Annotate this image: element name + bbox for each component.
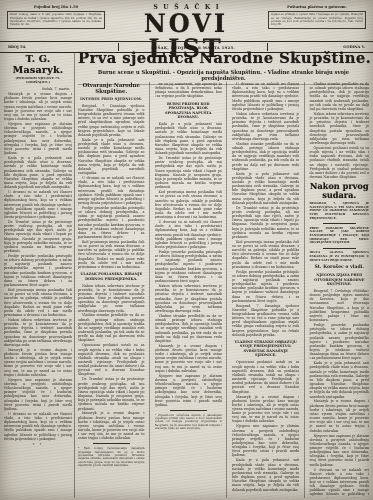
dateline: Sušak, 7. marta.	[6, 87, 70, 91]
newspaper-page: Pojedini broj Din 1.50 Izlazi svakog dan…	[0, 0, 373, 500]
paragraph: Kada je u pola jedanaest sati predsjedni…	[155, 122, 222, 155]
paragraph: U dvorani su se nalazili svi članovi vla…	[232, 82, 299, 111]
article-body: Sušak, 7. marta.Masaryk je u svome dugom…	[4, 87, 72, 447]
paragraph: Njegovo ime zapisano je zlatnim slovima …	[309, 434, 369, 467]
column-3: ne su joj nametnuti, nije opozicija ta d…	[155, 82, 222, 498]
paragraph: U dvorani su se nalazili svi članovi vla…	[155, 220, 222, 249]
paragraph: U dvorani su se nalazili svi članovi vla…	[4, 412, 72, 441]
paragraph: Vladine stranke predložile su da se odma…	[232, 142, 299, 171]
paragraph: Opozicioni poslanici ustali su sa svojih…	[309, 146, 369, 179]
paragraph: Dr. Trumbić ustao je da protestuje proti…	[232, 206, 299, 239]
kicker-headline: INTERES PRED SJEDNICOM.	[78, 97, 145, 101]
paragraph: Poslije prozivke poslanika pristupilo se…	[4, 254, 72, 287]
paragraph: U dvorani su se nalazili svi članovi vla…	[309, 468, 369, 498]
column-2: Otvaranje Narodne Skupštine.INTERES PRED…	[78, 82, 145, 498]
postage-note: Poštarina plaćena u gotovom.	[268, 5, 366, 10]
issue-number: BROJ 54.	[0, 45, 118, 49]
divider	[323, 223, 356, 224]
paragraph: Kod prozivanja imena poslanika čuli su s…	[232, 240, 299, 269]
interview-headline: St. Korošec o vladi.	[309, 265, 369, 270]
subscription-info: Izlazi svakog dana u 6 sati popodne osim…	[7, 11, 105, 30]
paragraph: U dvorani su se nalazili svi članovi vla…	[78, 176, 145, 205]
paragraph: Dr. Trumbić ustao je da protestuje proti…	[4, 220, 72, 253]
paragraph: Masaryk je u svome dugom i plodnom život…	[232, 395, 299, 424]
sub-headline: VLADINE STRANKE OBRAZUJU SVOJE PREDSJEDN…	[233, 340, 298, 358]
telegram-line: Pred zgradom Skupštine nalaze se jaki od…	[309, 227, 369, 245]
telegram-line: Iduća glavna sjednica zakazana je za pon…	[309, 251, 369, 262]
divider	[93, 443, 130, 444]
paragraph: Kada je u pola jedanaest sati predsjedni…	[309, 361, 369, 398]
paragraph: Njegovo ime zapisano je zlatnim slovima …	[4, 122, 72, 155]
paragraph: U dvorani su se nalazili svi članovi vla…	[4, 190, 72, 219]
paragraph: Masaryk je u svome dugom i plodnom život…	[78, 411, 145, 440]
paragraph: ne su joj nametnuti, nije opozicija ta d…	[155, 82, 222, 99]
paragraph: Poslije prozivke poslanika pristupilo se…	[155, 250, 222, 283]
paragraph: Nakon izbora sekretara izvršena je prozi…	[155, 284, 222, 313]
divider	[323, 248, 356, 249]
paragraph: Kada je u pola jedanaest sati predsjedni…	[232, 458, 299, 491]
telegram-line: Beograd, 7. Sjednica je nastavljena u tr…	[309, 202, 369, 220]
paragraph: Nakon izbora sekretara izvršena je prozi…	[309, 112, 369, 145]
end-mark: * *	[4, 443, 72, 447]
column-divider	[149, 82, 150, 498]
paragraph: Kod prozivanja imena poslanika čuli su s…	[4, 288, 72, 317]
masthead-left-box: Pojedini broj Din 1.50 Izlazi svakog dan…	[7, 5, 105, 29]
paragraph: Masaryk je u svome dugom i plodnom život…	[155, 344, 222, 373]
paragraph: Masaryk je u svome dugom i plodnom život…	[309, 399, 369, 432]
paragraph: Opozicioni poslanici ustali su sa svojih…	[232, 360, 299, 393]
paragraph: Masaryk je u svome dugom i plodnom život…	[4, 348, 72, 377]
footnote: * Radi boljeg razumijevanja današnjih iz…	[78, 447, 145, 467]
column-divider	[74, 53, 75, 498]
paragraph: Njegovo ime zapisano je zlatnim slovima …	[155, 374, 222, 407]
main-headline: Prva sjednica Narodne Skupštine.	[78, 51, 369, 67]
paragraph: Vladine stranke predložile su da se odma…	[309, 82, 369, 111]
price-note: Pojedini broj Din 1.50	[7, 5, 105, 10]
paragraph: Kada je u pola jedanaest sati predsjedni…	[232, 172, 299, 205]
article-title: T. G. Masaryk.	[4, 54, 72, 76]
article-masaryk: T. G. Masaryk. (PRIGODOM NJEGOVE 75-GODI…	[4, 54, 72, 497]
paragraph: Poslije prozivke poslanika pristupilo se…	[232, 270, 299, 303]
column-headline: Otvaranje Narodne Skupštine.	[78, 83, 145, 95]
advertising-info: Oglasi se primaju u upravi lista i račun…	[268, 11, 366, 30]
section-headline: Nakon prvog sudara.	[309, 182, 369, 200]
paragraph: Kod prozivanja imena poslanika čuli su s…	[155, 190, 222, 219]
masthead-right-box: Poštarina plaćena u gotovom. Oglasi se p…	[268, 5, 366, 29]
paragraph: Dr. Trumbić ustao je da protestuje proti…	[78, 377, 145, 410]
sub-headline: ULAZAK POSLANIKA. BIRANJE DOBNOG PREDSJE…	[79, 272, 144, 281]
article-subtitle: (PRIGODOM NJEGOVE 75-GODIŠNJICE.)	[7, 77, 69, 85]
paragraph: Njegovo ime zapisano je zlatnim slovima …	[232, 424, 299, 457]
lead-story-columns: Otvaranje Narodne Skupštine.INTERES PRED…	[78, 82, 369, 498]
paragraph: Masaryk je u svome dugom i plodnom život…	[4, 92, 72, 121]
column-divider	[304, 82, 305, 498]
paragraph: Njegovo ime zapisano je zlatnim slovima …	[4, 378, 72, 411]
paragraph: Kada je u pola jedanaest sati predsjedni…	[4, 156, 72, 189]
sub-headline: NJEGOVA IZJAVA PRED OTVORENJEM NARODNE S…	[310, 273, 368, 287]
paragraph: Nakon izbora sekretara izvršena je prozi…	[4, 318, 72, 347]
volume-number: GODINA V.	[268, 45, 373, 49]
masthead: Pojedini broj Din 1.50 Izlazi svakog dan…	[0, 0, 373, 41]
paragraph: Kada je u pola jedanaest sati predsjedni…	[78, 138, 145, 175]
paragraph: Beograd, 7. Današnja sjednica Narodne Sk…	[232, 304, 299, 337]
paragraph: Beograd, 7. Ovdašnja »Politika« donosi p…	[309, 289, 369, 322]
column-4: U dvorani su se nalazili svi članovi vla…	[232, 82, 299, 498]
paragraph: Beograd, 7. Današnja sjednica Narodne Sk…	[78, 104, 145, 137]
paragraph: Poslije prozivke poslanika pristupilo se…	[309, 323, 369, 360]
paragraph: Nakon izbora sekretara izvršena je prozi…	[232, 112, 299, 141]
paragraph: Vladine stranke predložile su da se odma…	[78, 313, 145, 342]
paragraph: Opozicioni poslanici ustali su sa svojih…	[78, 343, 145, 376]
paragraph: Kod prozivanja imena poslanika čuli su s…	[78, 240, 145, 269]
paragraph: Poslije prozivke poslanika pristupilo se…	[78, 206, 145, 239]
column-5: Vladine stranke predložile su da se odma…	[309, 82, 369, 498]
footnote: * Zvjezdicom označena mjesta u današnjem…	[155, 414, 222, 431]
paragraph: Dr. Trumbić ustao je da protestuje proti…	[155, 156, 222, 189]
paragraph: Nakon izbora sekretara izvršena je prozi…	[78, 284, 145, 313]
column-divider	[226, 82, 227, 498]
sub-headline: BURNI PRIZORI KOD PROZIVANJA. BLOK SPORA…	[156, 102, 221, 120]
paragraph: Vladine stranke predložile su da se odma…	[155, 314, 222, 343]
divider	[170, 410, 207, 411]
